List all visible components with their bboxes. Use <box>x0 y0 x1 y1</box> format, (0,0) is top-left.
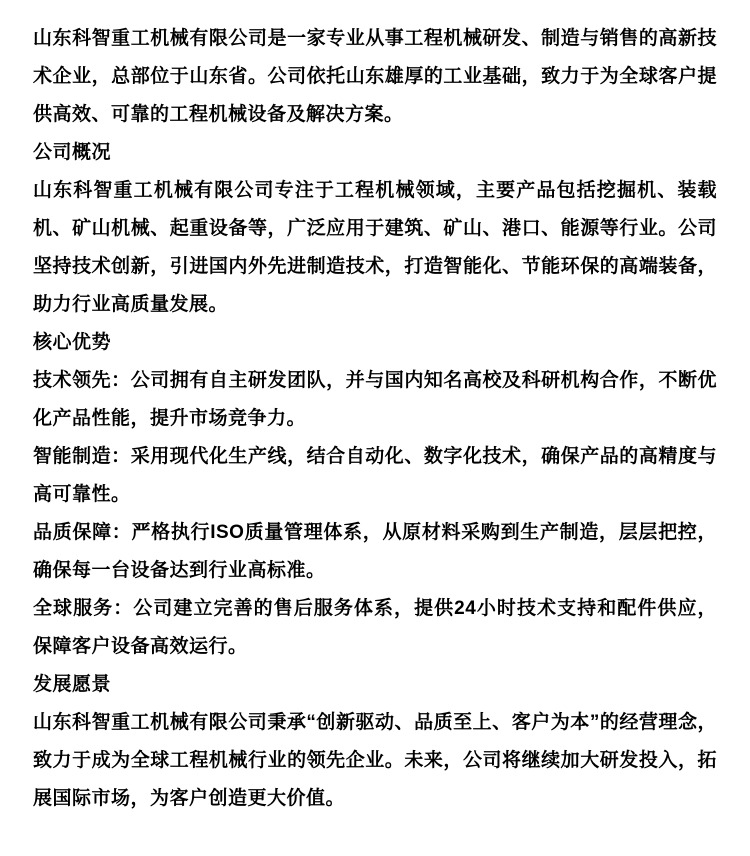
section-heading-company-overview: 公司概况 <box>33 134 717 172</box>
development-vision-paragraph: 山东科智重工机械有限公司秉承“创新驱动、品质至上、客户为本”的经营理念，致力于成… <box>33 704 717 818</box>
intro-paragraph: 山东科智重工机械有限公司是一家专业从事工程机械研发、制造与销售的高新技术企业，总… <box>33 20 717 134</box>
advantage-quality-assurance-paragraph: 品质保障：严格执行ISO质量管理体系，从原材料采购到生产制造，层层把控，确保每一… <box>33 514 717 590</box>
company-overview-paragraph: 山东科智重工机械有限公司专注于工程机械领域，主要产品包括挖掘机、装载机、矿山机械… <box>33 172 717 324</box>
advantage-global-service-paragraph: 全球服务：公司建立完善的售后服务体系，提供24小时技术支持和配件供应，保障客户设… <box>33 590 717 666</box>
section-heading-development-vision: 发展愿景 <box>33 666 717 704</box>
advantage-smart-manufacturing-paragraph: 智能制造：采用现代化生产线，结合自动化、数字化技术，确保产品的高精度与高可靠性。 <box>33 438 717 514</box>
company-profile-document: 山东科智重工机械有限公司是一家专业从事工程机械研发、制造与销售的高新技术企业，总… <box>33 20 717 818</box>
section-heading-core-advantages: 核心优势 <box>33 324 717 362</box>
document-page: 山东科智重工机械有限公司是一家专业从事工程机械研发、制造与销售的高新技术企业，总… <box>0 0 750 856</box>
advantage-tech-leadership-paragraph: 技术领先：公司拥有自主研发团队，并与国内知名高校及科研机构合作，不断优化产品性能… <box>33 362 717 438</box>
